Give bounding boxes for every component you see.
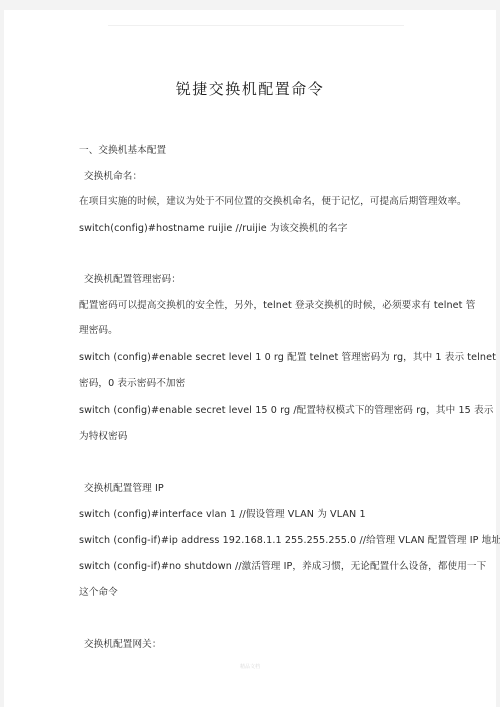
subheading-gateway: 交换机配置网关： (84, 636, 162, 650)
page-footer: 精品文档 (4, 663, 496, 670)
subheading-switch-naming: 交换机命名： (84, 168, 142, 182)
document-title: 锐捷交换机配置命令 (4, 78, 496, 99)
paragraph-line: 配置密码可以提高交换机的安全性，另外，telnet 登录交换机的时候，必须要求有… (79, 297, 475, 311)
paragraph-line: 在项目实施的时候，建议为处于不同位置的交换机命名，便于记忆，可提高后期管理效率。 (79, 193, 467, 207)
paragraph-line: 密码，0 表示密码不加密 (79, 375, 185, 389)
command-line: switch (config-if)#no shutdown //激活管理 IP… (79, 558, 486, 572)
subheading-password: 交换机配置管理密码： (84, 271, 181, 285)
paragraph-line: 这个命令 (79, 584, 118, 598)
header-divider (108, 25, 404, 26)
paragraph-line: 理密码。 (79, 322, 118, 336)
document-page: 锐捷交换机配置命令 一、交换机基本配置 交换机命名： 在项目实施的时候，建议为处… (4, 10, 496, 707)
command-line: switch (config-if)#ip address 192.168.1.… (79, 532, 500, 546)
subheading-management-ip: 交换机配置管理 IP (84, 480, 164, 494)
paragraph-line: 为特权密码 (79, 428, 127, 442)
command-line: switch (config)#enable secret level 15 0… (79, 402, 493, 416)
command-line: switch (config)#interface vlan 1 //假设管理 … (79, 506, 366, 520)
command-line: switch (config)#enable secret level 1 0 … (79, 349, 496, 363)
section-heading: 一、交换机基本配置 (79, 142, 166, 156)
command-line: switch(config)#hostname ruijie //ruijie … (79, 220, 347, 234)
